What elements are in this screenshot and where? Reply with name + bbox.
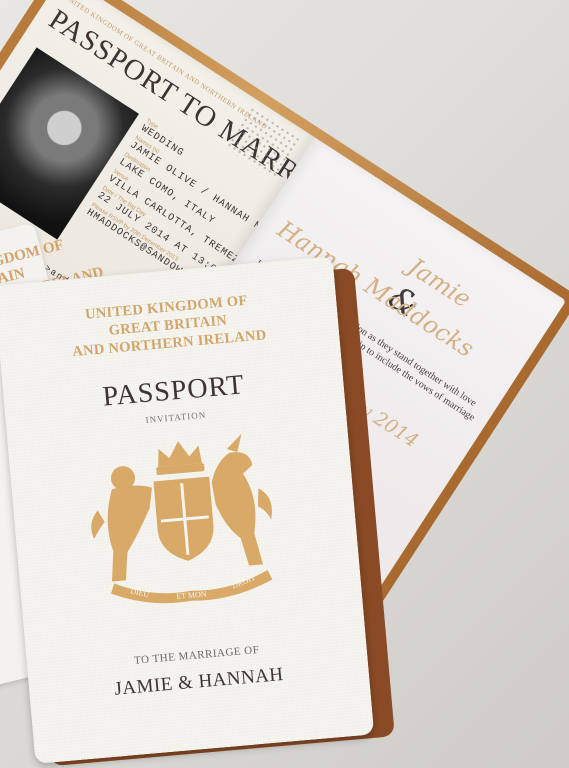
cover-country: UNITED KINGDOM OF GREAT BRITAIN AND NORT… [0, 284, 340, 367]
royal-coat-of-arms-icon: ET MON DIEU DROIT [78, 427, 292, 614]
front-passport-cover: UNITED KINGDOM OF GREAT BRITAIN AND NORT… [0, 256, 374, 764]
